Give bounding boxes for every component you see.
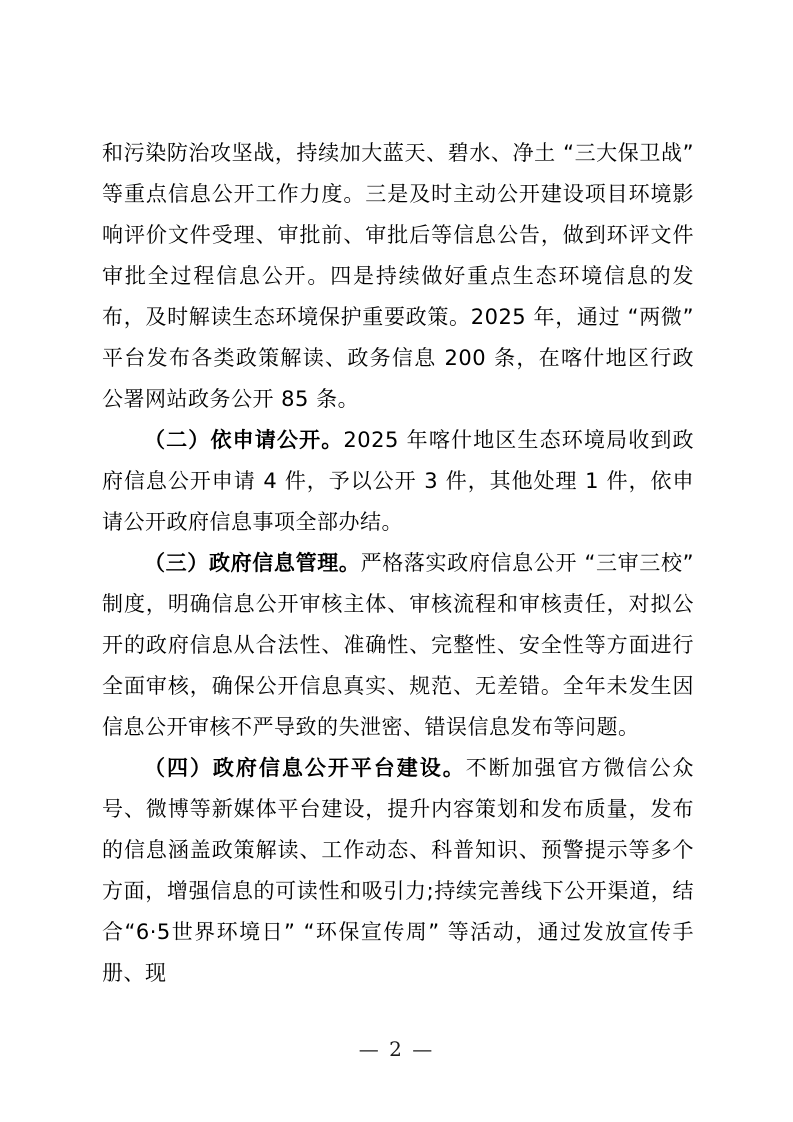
section-heading-2: （二）依申请公开。 — [144, 428, 343, 452]
paragraph-text: 不断加强官方微信公众号、微博等新媒体平台建设，提升内容策划和发布质量，发布的信息… — [102, 756, 694, 985]
page-footer: — 2 — — [0, 1036, 793, 1062]
section-heading-4: （四）政府信息公开平台建设。 — [144, 756, 466, 780]
paragraph-continuation: 和污染防治攻坚战，持续加大蓝天、碧水、净土 “三大保卫战” 等重点信息公开工作力… — [102, 133, 694, 420]
paragraph-text: 和污染防治攻坚战，持续加大蓝天、碧水、净土 “三大保卫战” 等重点信息公开工作力… — [102, 141, 694, 411]
document-body: 和污染防治攻坚战，持续加大蓝天、碧水、净土 “三大保卫战” 等重点信息公开工作力… — [102, 133, 694, 994]
paragraph-text: 严格落实政府信息公开 “三审三校” 制度，明确信息公开审核主体、审核流程和审核责… — [102, 551, 694, 739]
paragraph-section-3: （三）政府信息管理。严格落实政府信息公开 “三审三校” 制度，明确信息公开审核主… — [102, 543, 694, 748]
paragraph-section-4: （四）政府信息公开平台建设。不断加强官方微信公众号、微博等新媒体平台建设，提升内… — [102, 748, 694, 994]
paragraph-section-2: （二）依申请公开。2025 年喀什地区生态环境局收到政府信息公开申请 4 件，予… — [102, 420, 694, 543]
document-page: 和污染防治攻坚战，持续加大蓝天、碧水、净土 “三大保卫战” 等重点信息公开工作力… — [0, 0, 793, 1122]
page-number: — 2 — — [359, 1037, 434, 1061]
section-heading-3: （三）政府信息管理。 — [144, 551, 361, 575]
